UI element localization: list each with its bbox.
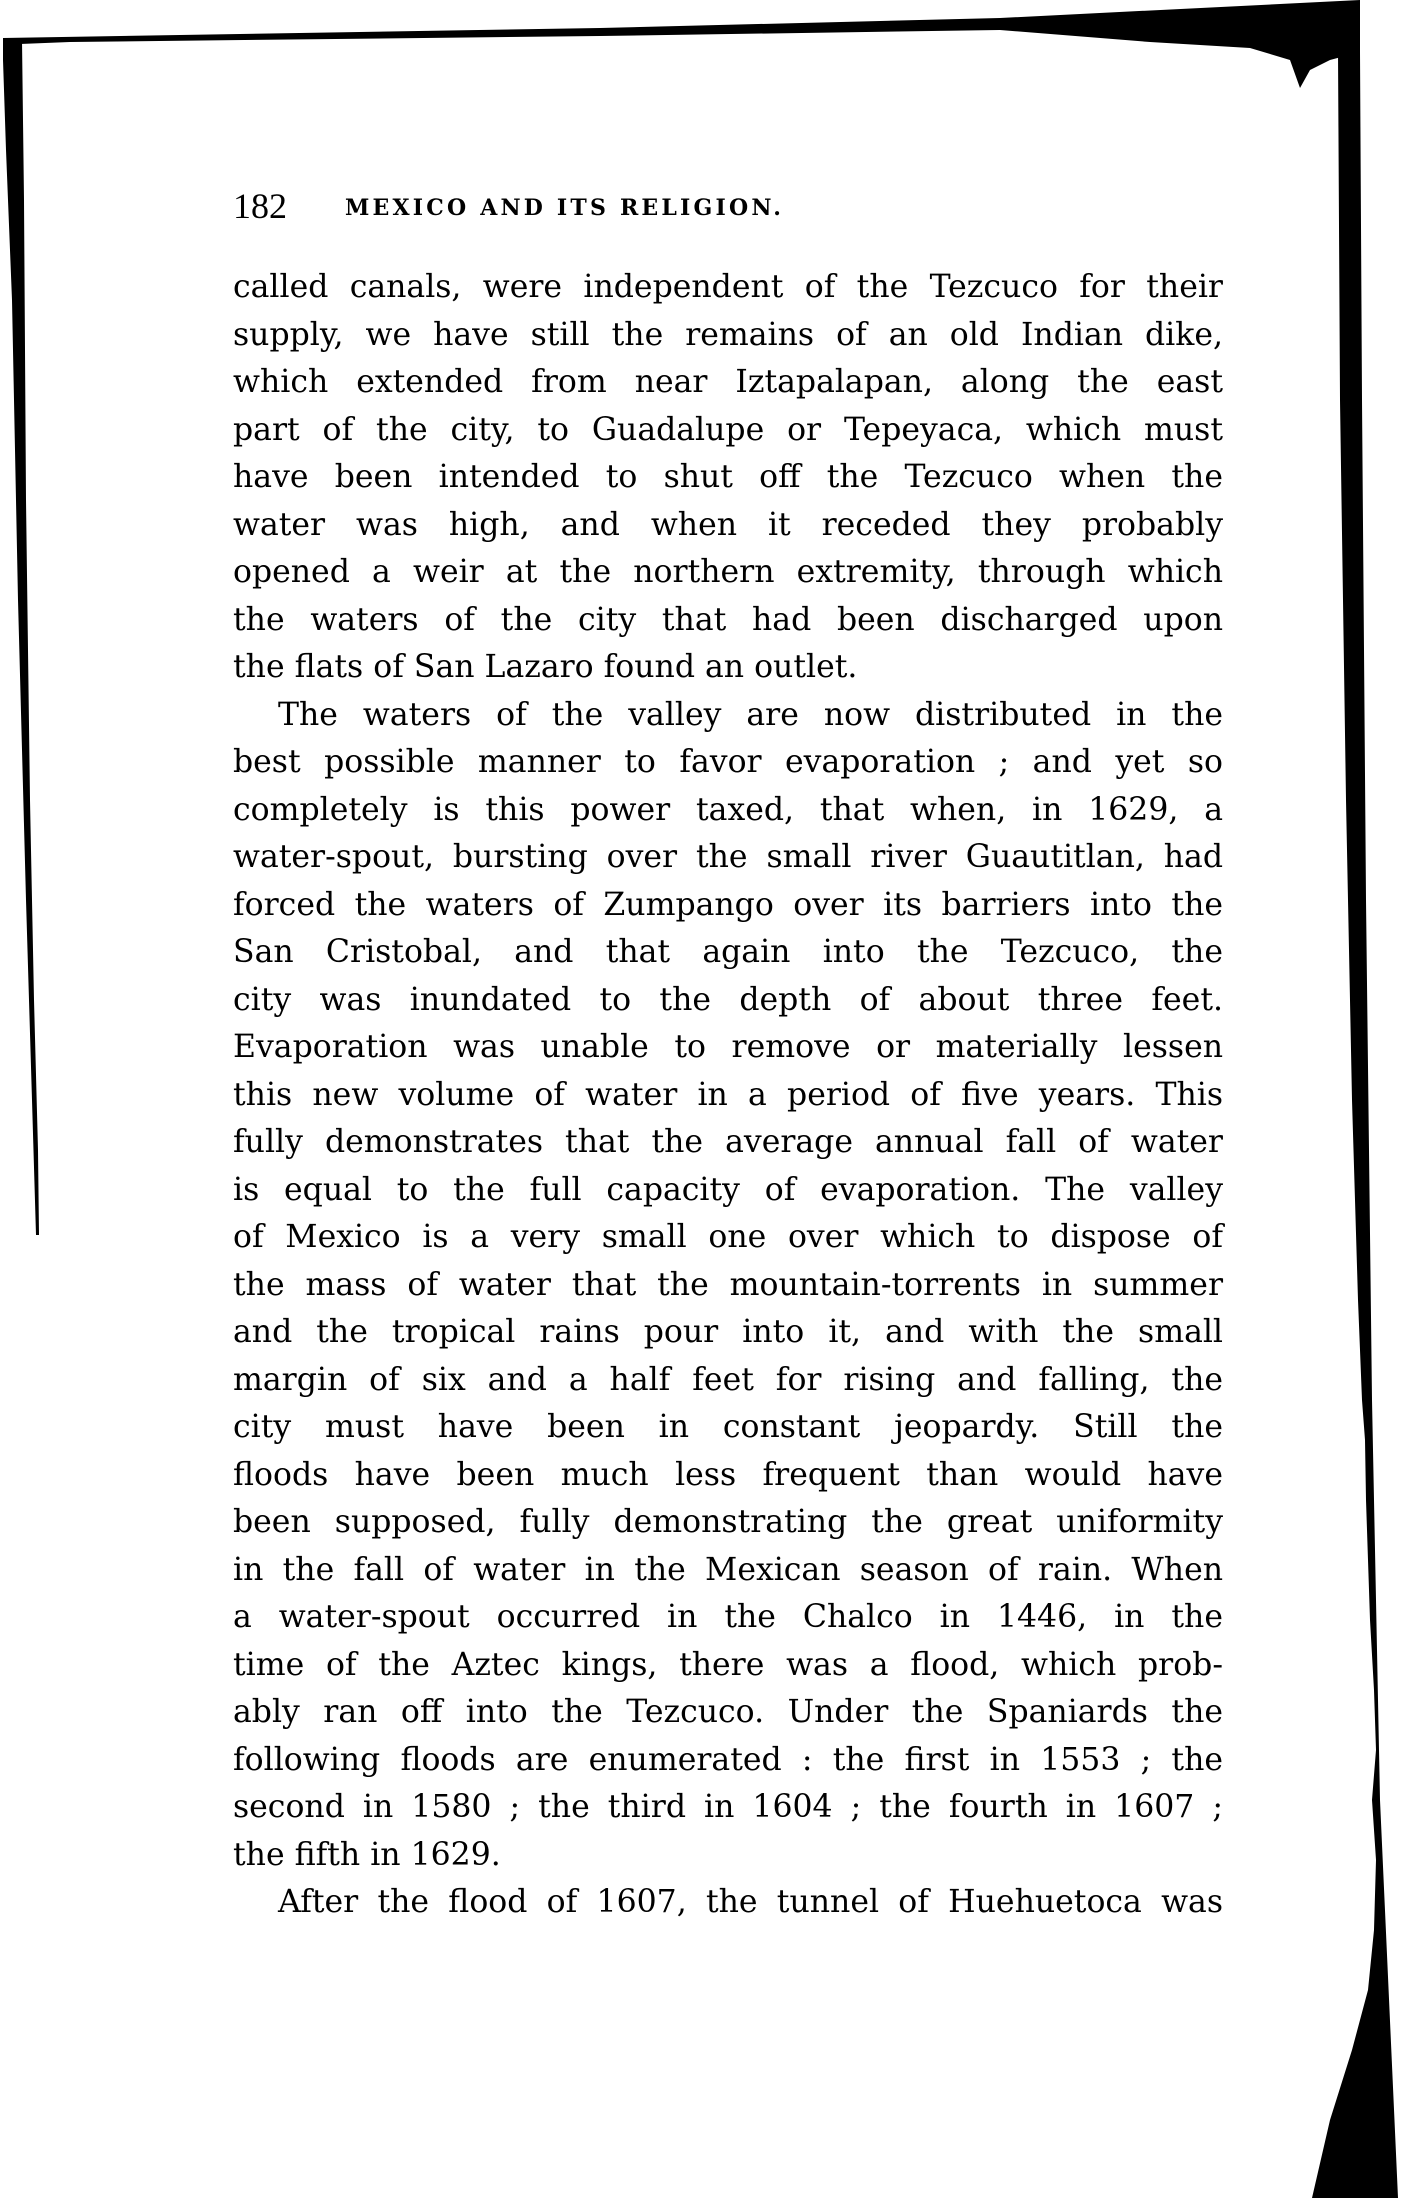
running-head: 182 MEXICO AND ITS RELIGION. [233,186,1233,226]
right-binding-shadow [1312,52,1398,2198]
text-line: of Mexico is a very small one over which… [233,1214,1223,1262]
text-line: is equal to the full capacity of evapora… [233,1167,1223,1215]
text-line: have been intended to shut off the Tezcu… [233,454,1223,502]
text-line: a water-spout occurred in the Chalco in … [233,1594,1223,1642]
text-line: city must have been in constant jeopardy… [233,1404,1223,1452]
text-line: this new volume of water in a period of … [233,1072,1223,1120]
text-line: called canals, were independent of the T… [233,264,1223,312]
text-line: water was high, and when it receded they… [233,502,1223,550]
text-line: San Cristobal, and that again into the T… [233,929,1223,977]
left-border [3,40,39,1235]
text-line: best possible manner to favor evaporatio… [233,739,1223,787]
text-line: the waters of the city that had been dis… [233,597,1223,645]
text-line: water-spout, bursting over the small riv… [233,834,1223,882]
text-line: city was inundated to the depth of about… [233,977,1223,1025]
page-number: 182 [233,186,287,226]
text-line: the mass of water that the mountain-torr… [233,1262,1223,1310]
text-line: Evaporation was unable to remove or mate… [233,1024,1223,1072]
text-line: supply, we have still the remains of an … [233,312,1223,360]
text-line: fully demonstrates that the average annu… [233,1119,1223,1167]
text-line: and the tropical rains pour into it, and… [233,1309,1223,1357]
text-line: time of the Aztec kings, there was a flo… [233,1642,1223,1690]
paragraph-start-line: After the flood of 1607, the tunnel of H… [233,1879,1223,1927]
text-line: part of the city, to Guadalupe or Tepeya… [233,407,1223,455]
body-text: called canals, were independent of the T… [233,264,1223,1927]
text-line: been supposed, fully demonstrating the g… [233,1499,1223,1547]
running-title: MEXICO AND ITS RELIGION. [345,193,784,223]
text-line: the flats of San Lazaro found an outlet. [233,644,1223,692]
text-line: ably ran off into the Tezcuco. Under the… [233,1689,1223,1737]
paragraph-start-line: The waters of the valley are now distrib… [233,692,1223,740]
text-line: which extended from near Iztapalapan, al… [233,359,1223,407]
text-line: the fifth in 1629. [233,1832,1223,1880]
text-line: completely is this power taxed, that whe… [233,787,1223,835]
text-line: following floods are enumerated : the fi… [233,1737,1223,1785]
text-line: second in 1580 ; the third in 1604 ; the… [233,1784,1223,1832]
text-line: opened a weir at the northern extremity,… [233,549,1223,597]
top-border [3,0,1360,88]
text-line: floods have been much less frequent than… [233,1452,1223,1500]
text-line: forced the waters of Zumpango over its b… [233,882,1223,930]
text-line: in the fall of water in the Mexican seas… [233,1547,1223,1595]
text-line: margin of six and a half feet for rising… [233,1357,1223,1405]
